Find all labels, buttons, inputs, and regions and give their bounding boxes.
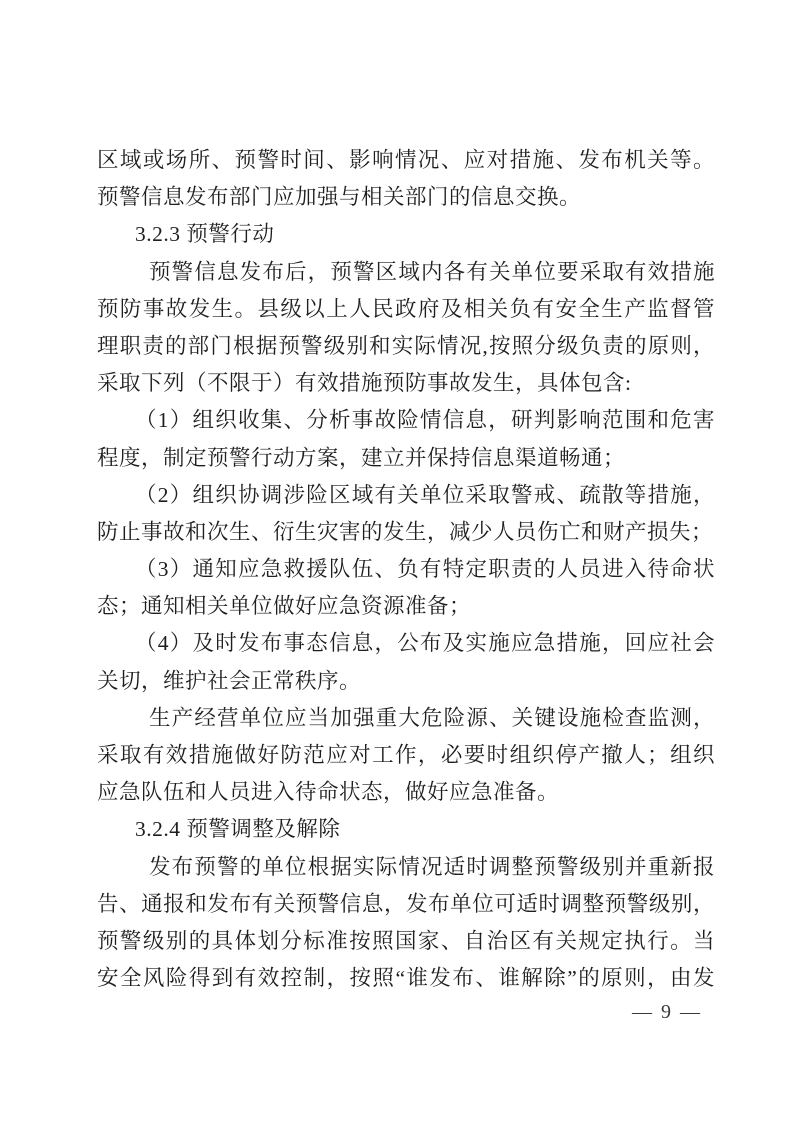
page-number: — 9 — [632,1000,702,1024]
text-line: 发布预警的单位根据实际情况适时调整预警级别并重新报 [97,849,715,886]
document-page: 区域或场所、预警时间、影响情况、应对措施、发布机关等。预警信息发布部门应加强与相… [0,0,793,1122]
text-line: 程度，制定预警行动方案，建立并保持信息渠道畅通； [97,440,715,477]
text-line: 告、通报和发布有关预警信息，发布单位可适时调整预警级别， [97,886,715,923]
document-body: 区域或场所、预警时间、影响情况、应对措施、发布机关等。预警信息发布部门应加强与相… [97,142,715,997]
text-line: 态；通知相关单位做好应急资源准备； [97,588,715,625]
text-line: 关切，维护社会正常秩序。 [97,663,715,700]
text-line: 理职责的部门根据预警级别和实际情况,按照分级负责的原则， [97,328,715,365]
section-heading: 3.2.3 预警行动 [97,216,715,253]
text-line: （4）及时发布事态信息，公布及实施应急措施，回应社会 [97,625,715,662]
section-heading: 3.2.4 预警调整及解除 [97,811,715,848]
text-line: 防止事故和次生、衍生灾害的发生，减少人员伤亡和财产损失； [97,514,715,551]
text-line: 采取下列（不限于）有效措施预防事故发生，具体包含: [97,365,715,402]
text-line: （3）通知应急救援队伍、负有特定职责的人员进入待命状 [97,551,715,588]
text-line: 生产经营单位应当加强重大危险源、关键设施检查监测， [97,700,715,737]
text-line: （1）组织收集、分析事故险情信息，研判影响范围和危害 [97,402,715,439]
text-line: 预防事故发生。县级以上人民政府及相关负有安全生产监督管 [97,291,715,328]
text-line: 区域或场所、预警时间、影响情况、应对措施、发布机关等。 [97,142,715,179]
text-line: 预警信息发布部门应加强与相关部门的信息交换。 [97,179,715,216]
text-line: 采取有效措施做好防范应对工作，必要时组织停产撤人；组织 [97,737,715,774]
text-line: 应急队伍和人员进入待命状态，做好应急准备。 [97,774,715,811]
text-line: 安全风险得到有效控制，按照“谁发布、谁解除”的原则，由发 [97,960,715,997]
text-line: （2）组织协调涉险区域有关单位采取警戒、疏散等措施， [97,477,715,514]
text-line: 预警信息发布后，预警区域内各有关单位要采取有效措施 [97,254,715,291]
text-line: 预警级别的具体划分标准按照国家、自治区有关规定执行。当 [97,923,715,960]
